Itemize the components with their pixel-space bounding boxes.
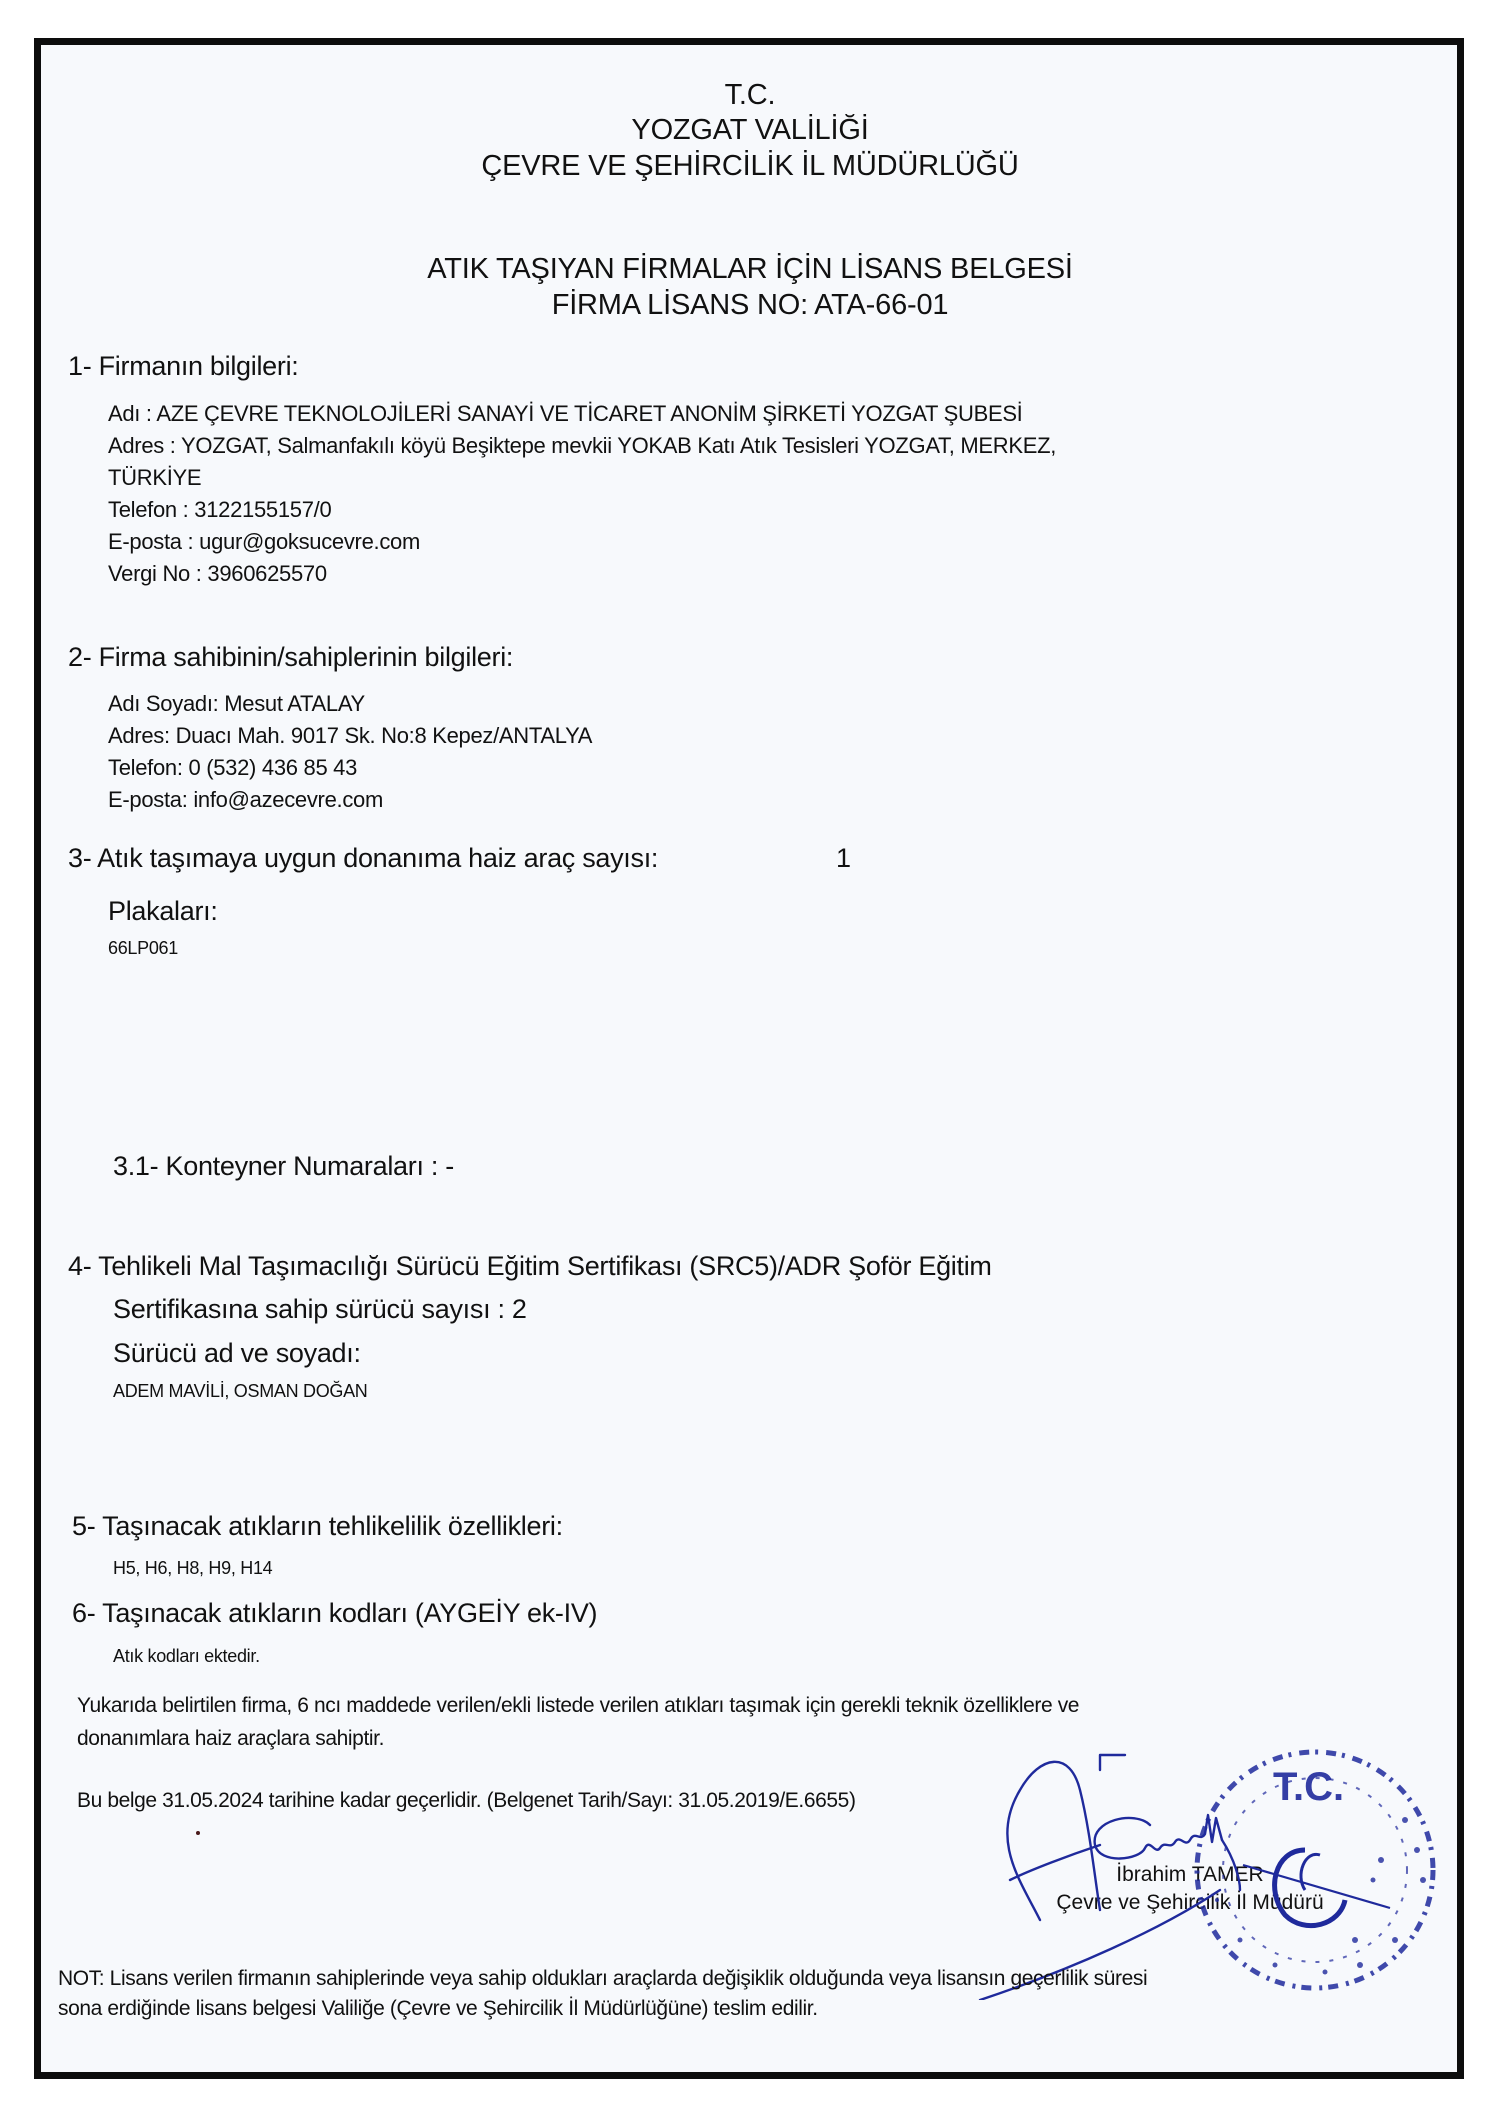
statement-line2: donanımlara haiz araçlara sahiptir.	[77, 1726, 384, 1752]
owner-name: Adı Soyadı: Mesut ATALAY	[108, 690, 365, 718]
firm-email: E-posta : ugur@goksucevre.com	[108, 528, 420, 556]
firm-phone: Telefon : 3122155157/0	[108, 496, 331, 524]
owner-phone: Telefon: 0 (532) 436 85 43	[108, 754, 357, 782]
header-directorate: ÇEVRE VE ŞEHİRCİLİK İL MÜDÜRLÜĞÜ	[0, 149, 1500, 183]
firm-tax-no: Vergi No : 3960625570	[108, 560, 327, 588]
header-governorship: YOZGAT VALİLİĞİ	[0, 113, 1500, 147]
firm-name: Adı : AZE ÇEVRE TEKNOLOJİLERİ SANAYİ VE …	[108, 400, 1023, 428]
drivers-label: Sürücü ad ve soyadı:	[113, 1337, 361, 1369]
vehicle-count: 1	[836, 842, 851, 874]
official-stamp-icon: T.C.	[1155, 1740, 1455, 2000]
plates-label: Plakaları:	[108, 895, 218, 927]
waste-codes-note: Atık kodları ektedir.	[113, 1645, 260, 1667]
firm-address: Adres : YOZGAT, Salmanfakılı köyü Beşikt…	[108, 432, 1056, 460]
section1-heading: 1- Firmanın bilgileri:	[68, 350, 298, 382]
license-number: FİRMA LİSANS NO: ATA-66-01	[0, 288, 1500, 322]
section6-heading: 6- Taşınacak atıkların kodları (AYGEİY e…	[72, 1597, 597, 1629]
section4-heading: 4- Tehlikeli Mal Taşımacılığı Sürücü Eği…	[68, 1250, 992, 1282]
ink-speck	[196, 1831, 200, 1835]
section5-heading: 5- Taşınacak atıkların tehlikelilik özel…	[72, 1510, 563, 1542]
firm-address-country: TÜRKİYE	[108, 464, 201, 492]
container-numbers: 3.1- Konteyner Numaraları : -	[113, 1150, 454, 1182]
certified-driver-count: Sertifikasına sahip sürücü sayısı : 2	[113, 1293, 527, 1325]
plate-number: 66LP061	[108, 937, 178, 959]
statement-line1: Yukarıda belirtilen firma, 6 ncı maddede…	[77, 1693, 1079, 1719]
section2-heading: 2- Firma sahibinin/sahiplerinin bilgiler…	[68, 641, 513, 673]
owner-email: E-posta: info@azecevre.com	[108, 786, 383, 814]
header-tc: T.C.	[0, 78, 1500, 112]
validity-statement: Bu belge 31.05.2024 tarihine kadar geçer…	[77, 1788, 856, 1814]
driver-names: ADEM MAVİLİ, OSMAN DOĞAN	[113, 1380, 368, 1402]
document-title: ATIK TAŞIYAN FİRMALAR İÇİN LİSANS BELGES…	[0, 252, 1500, 286]
owner-address: Adres: Duacı Mah. 9017 Sk. No:8 Kepez/AN…	[108, 722, 592, 750]
note-line1: NOT: Lisans verilen firmanın sahiplerind…	[58, 1966, 1147, 1992]
hazard-properties: H5, H6, H8, H9, H14	[113, 1557, 272, 1579]
stamp-text: T.C.	[1273, 1765, 1344, 1809]
section3-heading: 3- Atık taşımaya uygun donanıma haiz ara…	[68, 842, 658, 874]
note-line2: sona erdiğinde lisans belgesi Valiliğe (…	[58, 1996, 818, 2022]
